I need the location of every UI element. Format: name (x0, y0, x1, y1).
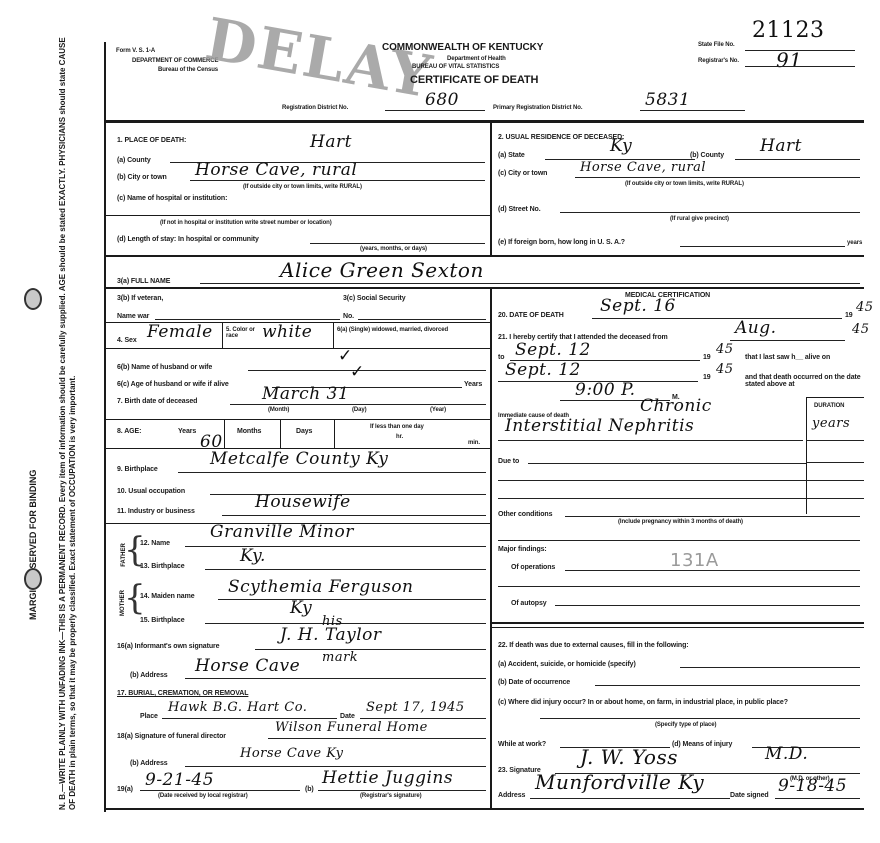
date-of-death-value[interactable]: Sept. 16 (600, 296, 676, 316)
occurrence-line (595, 685, 860, 686)
certificate-title: CERTIFICATE OF DEATH (410, 74, 538, 86)
bottom-border (104, 808, 864, 810)
mother-birthplace-line (205, 623, 486, 624)
mother-name-value[interactable]: Scythemia Ferguson (228, 577, 414, 597)
registrar-signature-value[interactable]: Hettie Juggins (322, 768, 453, 788)
duration-line-1 (806, 440, 864, 441)
reg-district-number: 680 (425, 90, 459, 110)
age-less-label: If less than one day (370, 424, 424, 430)
informant-signature-note: his (322, 614, 343, 629)
medical-divider (492, 622, 864, 624)
row-divider-age (106, 419, 490, 420)
duration-value[interactable]: years (812, 416, 850, 431)
foreign-label: (e) If foreign born, how long in U. S. A… (498, 239, 625, 246)
res-city-label: (c) City or town (498, 170, 547, 177)
director-value[interactable]: Wilson Funeral Home (275, 720, 428, 735)
time-of-death-value[interactable]: 9:00 P. (575, 380, 635, 400)
director-address-value[interactable]: Horse Cave Ky (240, 746, 343, 761)
registrar-number: 91 (776, 48, 802, 72)
binding-hole-bottom (24, 568, 42, 590)
sex-label: 4. Sex (117, 337, 137, 344)
date-signed-line (775, 798, 860, 799)
ssn-line (358, 319, 486, 320)
director-address-line (185, 766, 486, 767)
mother-name-label: 14. Maiden name (140, 593, 195, 600)
burial-place-line (162, 718, 337, 719)
full-name-line (200, 283, 860, 284)
registrar-sig-label: (b) (305, 786, 314, 793)
burial-date-value[interactable]: Sept 17, 1945 (366, 700, 465, 715)
birthplace-value[interactable]: Metcalfe County Ky (210, 449, 388, 469)
cause-line2-value[interactable]: Interstitial Nephritis (505, 416, 694, 436)
birthplace-label: 9. Birthplace (117, 466, 158, 473)
street-line (560, 212, 860, 213)
informant-signature-label: 16(a) Informant's own signature (117, 643, 219, 650)
col-divider-main (490, 289, 492, 808)
other-conditions-line-2 (498, 540, 860, 541)
reg-district-line (385, 110, 485, 111)
physician-address-label: Address (498, 792, 525, 799)
res-county-line (735, 159, 860, 160)
marital-label: 6(a) (Single) widowed, married, divorced (337, 327, 487, 333)
hospital-label: (c) Name of hospital or institution: (117, 195, 227, 202)
registrar-sig-note: (Registrar's signature) (360, 793, 421, 799)
attended-from-value[interactable]: Aug. (735, 318, 777, 338)
due-to-line-1 (528, 463, 806, 464)
color-label: 5. Color or race (226, 327, 266, 339)
spouse-label: 6(b) Name of husband or wife (117, 364, 212, 371)
duration-label: DURATION (814, 403, 844, 409)
left-border (104, 42, 106, 812)
industry-line (222, 515, 486, 516)
due-to-label: Due to (498, 458, 519, 465)
informant-address-line (185, 678, 486, 679)
duration-line-4 (806, 498, 864, 499)
age-divider-1 (224, 420, 225, 448)
birth-month-note: (Month) (268, 407, 289, 413)
full-name-value[interactable]: Alice Green Sexton (280, 258, 484, 282)
received-label: 19(a) (117, 786, 133, 793)
foreign-unit: years (847, 240, 862, 246)
header-divider (104, 120, 864, 123)
birth-date-value[interactable]: March 31 (262, 384, 349, 404)
state-file-label: State File No. (698, 42, 735, 48)
col-divider-top (490, 122, 492, 255)
father-birthplace-label: 13. Birthplace (140, 563, 185, 570)
res-city-note: (If outside city or town limits, write R… (625, 181, 744, 187)
father-birthplace-line (205, 569, 486, 570)
other-conditions-line (565, 516, 860, 517)
last-seen-year[interactable]: 45 (716, 362, 734, 377)
where-label: (c) Where did injury occur? In or about … (498, 696, 863, 709)
margin-reserved-label: MARGIN RESERVED FOR BINDING (28, 470, 38, 620)
age-days-label: Days (296, 428, 312, 435)
father-birthplace-value[interactable]: Ky. (240, 546, 266, 566)
date-signed-value[interactable]: 9-18-45 (778, 776, 847, 796)
street-label: (d) Street No. (498, 206, 541, 213)
attended-from-line (730, 340, 845, 341)
burial-date-label: Date (340, 713, 355, 720)
other-conditions-label: Other conditions (498, 511, 552, 518)
age-divider-3 (334, 420, 335, 448)
birthplace-line (178, 472, 486, 473)
city-line (190, 180, 485, 181)
date-of-death-year-prefix: 19 (845, 312, 853, 319)
informant-address-note: mark (322, 650, 358, 665)
margin-instructions: N. B.—WRITE PLAINLY WITH UNFADING INK—TH… (58, 30, 78, 810)
state-title: COMMONWEALTH OF KENTUCKY (382, 42, 543, 53)
means-label: (d) Means of injury (672, 741, 732, 748)
attended-to-value[interactable]: Sept. 12 (515, 340, 591, 360)
received-line (140, 790, 300, 791)
city-value[interactable]: Horse Cave, rural (195, 160, 357, 180)
res-city-line (575, 177, 860, 178)
date-of-death-year[interactable]: 45 (856, 300, 874, 315)
street-note: (If rural give precinct) (670, 216, 729, 222)
row-divider-spouse (106, 348, 490, 349)
place-of-death-heading: 1. PLACE OF DEATH: (117, 137, 186, 144)
classification-code: 131A (670, 550, 719, 571)
date-of-death-label: 20. DATE OF DEATH (498, 312, 564, 319)
primary-district-line (640, 110, 745, 111)
duration-line-2 (806, 462, 864, 463)
external-heading: 22. If death was due to external causes,… (498, 642, 689, 649)
form-number: Form V. S. 1-A (116, 48, 155, 54)
age-years-label: Years (178, 428, 196, 435)
war-label: Name war (117, 313, 149, 320)
birth-year-note: (Year) (430, 407, 446, 413)
res-state-value[interactable]: Ky (610, 136, 632, 156)
attended-to-year-prefix: 19 (703, 354, 711, 361)
registrar-line (745, 66, 855, 67)
physician-address-value[interactable]: Munfordville Ky (535, 770, 704, 794)
section-divider-2 (104, 287, 864, 289)
department-name: Department of Health (447, 56, 506, 62)
autopsy-label: Of autopsy (511, 600, 547, 607)
medical-divider-2 (492, 627, 864, 628)
binding-hole-top (24, 288, 42, 310)
res-city-value[interactable]: Horse Cave, rural (580, 160, 706, 175)
due-to-line-3 (498, 498, 806, 499)
color-value[interactable]: white (262, 322, 312, 342)
spouse-age-unit: Years (464, 381, 482, 388)
accident-line (680, 667, 860, 668)
res-state-label: (a) State (498, 152, 525, 159)
primary-district-number: 5831 (645, 90, 690, 110)
operations-label: Of operations (511, 564, 555, 571)
ssn-no-label: No. (343, 313, 354, 320)
accident-label: (a) Accident, suicide, or homicide (spec… (498, 661, 636, 668)
industry-label: 11. Industry or business (117, 508, 195, 515)
informant-signature-line (255, 649, 486, 650)
res-county-value[interactable]: Hart (760, 136, 802, 156)
hospital-note: (If not in hospital or institution write… (160, 220, 332, 226)
where-line (540, 718, 860, 719)
sex-value[interactable]: Female (147, 322, 213, 342)
birth-date-label: 7. Birth date of deceased (117, 398, 197, 405)
duration-box-left (806, 397, 807, 514)
county-value[interactable]: Hart (310, 132, 352, 152)
war-line (155, 319, 340, 320)
section-divider-1 (104, 255, 864, 257)
physician-signature-value[interactable]: J. W. Yoss (580, 745, 678, 769)
director-label: 18(a) Signature of funeral director (117, 733, 226, 740)
occupation-label: 10. Usual occupation (117, 488, 185, 495)
burial-place-label: Place (140, 713, 158, 720)
informant-address-label: (b) Address (130, 672, 168, 679)
res-county-label: (b) County (690, 152, 724, 159)
stay-label: (d) Length of stay: In hospital or commu… (117, 236, 259, 243)
registrar-sig-line (318, 790, 486, 791)
age-months-label: Months (237, 428, 261, 435)
mother-birthplace-label: 15. Birthplace (140, 617, 185, 624)
where-note: (Specify type of place) (655, 722, 716, 728)
to-label: to (498, 354, 504, 361)
occurrence-label: (b) Date of occurrence (498, 679, 570, 686)
last-seen-value[interactable]: Sept. 12 (505, 360, 581, 380)
bureau-name: BUREAU OF VITAL STATISTICS (412, 64, 499, 70)
operations-line (565, 570, 860, 571)
mother-birthplace-value[interactable]: Ky (290, 598, 312, 618)
residence-heading: 2. USUAL RESIDENCE OF DECEASED: (498, 134, 624, 141)
physician-degree: M.D. (765, 744, 808, 764)
stay-line (310, 243, 485, 244)
date-signed-label: Date signed (730, 792, 769, 799)
director-line (268, 738, 486, 739)
primary-district-label: Primary Registration District No. (493, 105, 582, 111)
hospital-divider (106, 215, 490, 216)
date-of-death-line (592, 318, 842, 319)
father-name-line (185, 546, 486, 547)
sex-color-divider (222, 323, 223, 348)
stay-note: (years, months, or days) (360, 246, 427, 252)
delay-stamp: DELAY (201, 5, 438, 112)
ssn-label: 3(c) Social Security (343, 295, 406, 302)
age-min-label: min. (468, 440, 480, 446)
burial-heading: 17. BURIAL, CREMATION, OR REMOVAL (117, 690, 248, 697)
duration-box-top (806, 397, 864, 398)
color-marital-divider (333, 323, 334, 348)
major-findings-label: Major findings: (498, 546, 547, 553)
last-seen-label: that I last saw h__ alive on (745, 354, 830, 361)
state-file-number: 21123 (752, 18, 825, 43)
attended-to-year[interactable]: 45 (716, 342, 734, 357)
last-seen-year-prefix: 19 (703, 374, 711, 381)
age-divider-2 (280, 420, 281, 448)
birth-date-line (230, 404, 486, 405)
received-note: (Date received by local registrar) (158, 793, 248, 799)
duration-line-3 (806, 480, 864, 481)
spouse-age-label: 6(c) Age of husband or wife if alive (117, 381, 229, 388)
burial-place-value[interactable]: Hawk B.G. Hart Co. (168, 700, 307, 715)
father-name-value[interactable]: Granville Minor (210, 522, 354, 542)
at-work-label: While at work? (498, 741, 546, 748)
veteran-label: 3(b) If veteran, (117, 295, 163, 302)
other-conditions-note: (Include pregnancy within 3 months of de… (618, 519, 743, 525)
foreign-line (680, 246, 845, 247)
full-name-label: 3(a) FULL NAME (117, 278, 170, 285)
death-occurred-label: and that death occurred on the date stat… (745, 374, 863, 388)
director-address-label: (b) Address (130, 760, 168, 767)
autopsy-line (555, 605, 860, 606)
reg-district-label: Registration District No. (282, 105, 348, 111)
county-label: (a) County (117, 157, 151, 164)
burial-date-line (360, 718, 486, 719)
age-hr-label: hr. (396, 434, 403, 440)
mother-name-line (218, 599, 486, 600)
city-label: (b) City or town (117, 174, 167, 181)
father-name-label: 12. Name (140, 540, 170, 547)
operations-line-2 (498, 586, 860, 587)
received-date-value[interactable]: 9-21-45 (145, 770, 214, 790)
informant-address-value[interactable]: Horse Cave (195, 656, 300, 676)
attended-from-year[interactable]: 45 (852, 322, 870, 337)
cause-line1-value[interactable]: Chronic (640, 396, 712, 416)
industry-value[interactable]: Housewife (255, 492, 351, 512)
due-to-line-2 (498, 480, 806, 481)
cause-line (498, 440, 803, 441)
spouse-line (248, 370, 486, 371)
registrar-no-label: Registrar's No. (698, 58, 739, 64)
city-note: (If outside city or town limits, write R… (243, 184, 362, 190)
physician-address-line (530, 798, 730, 799)
spouse-age-check-icon: ✓ (350, 362, 365, 382)
age-label: 8. AGE: (117, 428, 141, 435)
birth-day-note: (Day) (352, 407, 367, 413)
